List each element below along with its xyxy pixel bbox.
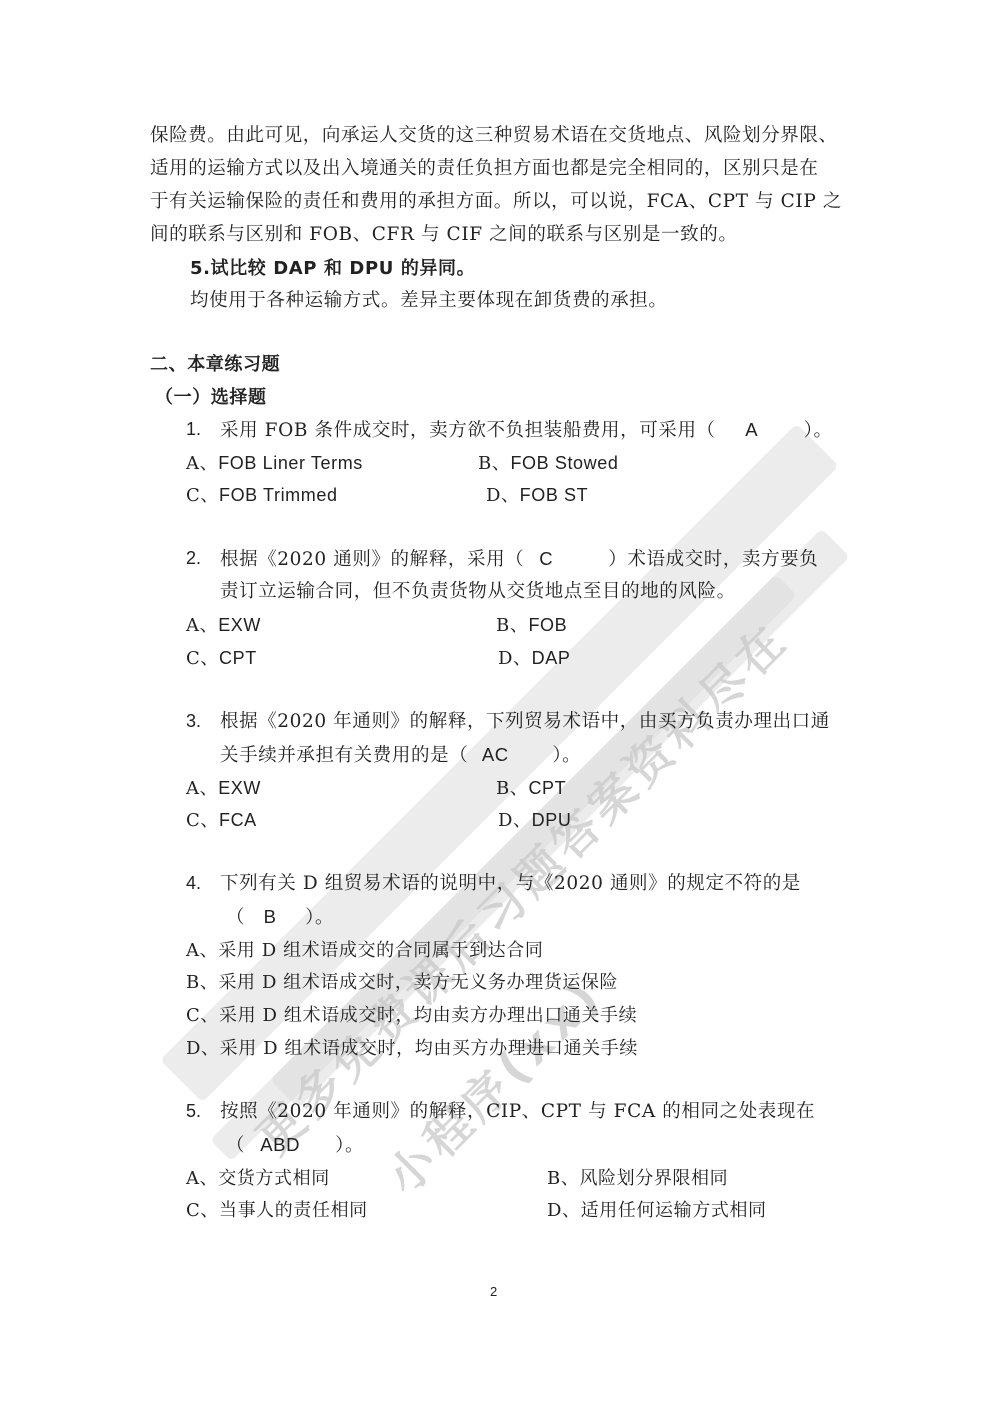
option-a: A、FOB Liner Terms [186, 451, 363, 476]
option-a: A、EXW [186, 776, 261, 801]
paragraph-line: 于有关运输保险的责任和费用的承担方面。所以，可以说，FCA、CPT 与 CIP … [150, 190, 843, 214]
option-b: B、CPT [496, 776, 566, 801]
page-number: 2 [490, 1284, 497, 1299]
question-text-cont: 关手续并承担有关费用的是（AC）。 [220, 743, 581, 768]
question-number: 3. [186, 711, 201, 732]
option-c: C、采用 D 组术语成交时，均由卖方办理出口通关手续 [186, 1003, 637, 1028]
question-number: 4. [186, 873, 201, 894]
option-c: C、FOB Trimmed [186, 483, 338, 508]
question-number: 2. [186, 548, 201, 569]
review-question-answer: 均使用于各种运输方式。差异主要体现在卸货费的承担。 [190, 289, 668, 313]
answer-blank: ABD [245, 1133, 315, 1157]
option-a: A、采用 D 组术语成交的合同属于到达合同 [186, 938, 543, 963]
question-text: 采用 FOB 条件成交时，卖方欲不负担装船费用，可采用（A）。 [220, 418, 833, 443]
option-b: B、FOB Stowed [478, 451, 618, 476]
question-text: 按照《2020 年通则》的解释，CIP、CPT 与 FCA 的相同之处表现在 [220, 1100, 815, 1124]
answer-blank: A [720, 418, 784, 442]
option-a: A、EXW [186, 613, 261, 638]
question-text-cont: （ABD）。 [226, 1133, 364, 1158]
paragraph-line: 适用的运输方式以及出入境通关的责任负担方面也都是完全相同的，区别只是在 [150, 157, 843, 181]
question-number: 5. [186, 1101, 201, 1122]
option-b: B、采用 D 组术语成交时，卖方无义务办理货运保险 [186, 970, 618, 995]
section-heading: 二、本章练习题 [150, 353, 280, 377]
review-question-title: 5.试比较 DAP 和 DPU 的异同。 [190, 257, 475, 281]
option-c: C、当事人的责任相同 [186, 1198, 368, 1223]
subsection-heading: （一）选择题 [155, 386, 267, 410]
option-c: C、CPT [186, 646, 257, 671]
answer-blank: C [524, 547, 568, 571]
option-d: D、DPU [498, 808, 571, 833]
option-d: D、DAP [498, 646, 570, 671]
option-b: B、风险划分界限相同 [547, 1166, 728, 1191]
paragraph-line: 保险费。由此可见，向承运人交货的这三种贸易术语在交货地点、风险划分界限、 [150, 124, 843, 148]
question-number: 1. [186, 419, 201, 440]
option-d: D、采用 D 组术语成交时，均由买方办理进口通关手续 [186, 1036, 638, 1061]
option-b: B、FOB [496, 613, 567, 638]
question-text: 根据《2020 年通则》的解释，下列贸易术语中，由买方负责办理出口通 [220, 710, 830, 734]
option-a: A、交货方式相同 [186, 1166, 330, 1191]
question-text-cont: （B）。 [226, 905, 334, 930]
answer-blank: AC [468, 743, 522, 767]
option-d: D、FOB ST [486, 483, 588, 508]
option-c: C、FCA [186, 808, 257, 833]
document-page: 更多免费课后习题答案资料尽在 小程序(xx) 保险费。由此可见，向承运人交货的这… [0, 0, 993, 1404]
question-text: 根据《2020 通则》的解释，采用（C）术语成交时，卖方要负 [220, 547, 818, 572]
paragraph-line: 间的联系与区别和 FOB、CFR 与 CIF 之间的联系与区别是一致的。 [150, 223, 843, 247]
question-text: 下列有关 D 组贸易术语的说明中，与《2020 通则》的规定不符的是 [220, 872, 801, 896]
option-d: D、适用任何运输方式相同 [547, 1198, 767, 1223]
question-text-cont: 责订立运输合同，但不负责货物从交货地点至目的地的风险。 [220, 580, 736, 604]
answer-blank: B [245, 905, 295, 929]
